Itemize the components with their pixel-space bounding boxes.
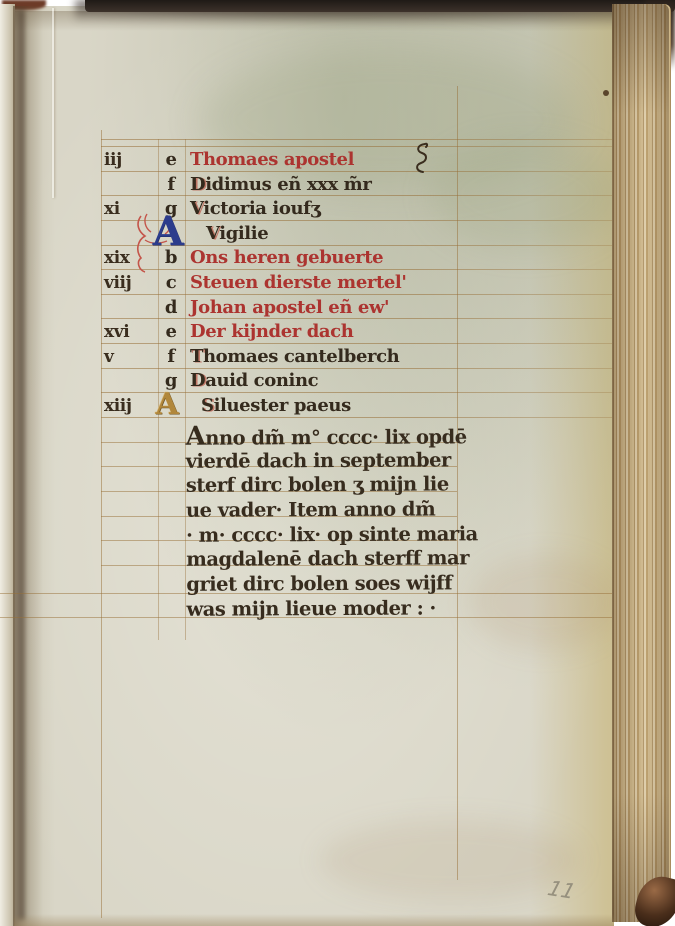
wormhole — [603, 90, 609, 96]
note-line: vierdē dach in september — [186, 448, 486, 474]
dominical-letter: e — [156, 148, 186, 172]
dominical-letter: f — [156, 345, 186, 369]
calendar-row: iij e Thomaes apostel — [0, 148, 620, 173]
manuscript-book-photo: iij e Thomaes apostel f Didimus eñ xxx m… — [0, 0, 675, 926]
feast-entry: Thomaes apostel — [190, 148, 480, 172]
calendar-row: g Dauid coninc — [0, 369, 620, 394]
calendar-row: f Didimus eñ xxx m̃r — [0, 173, 620, 198]
stain — [470, 555, 620, 650]
note-line: Anno dm̃ m° cccc· lix opdē — [185, 423, 485, 449]
note-line: sterf dirc bolen ʒ mijn lie — [186, 473, 486, 499]
feast-entry: Johan apostel eñ ew' — [190, 296, 480, 320]
calendar-row: xiij A Siluester paeus — [0, 394, 620, 419]
feast-entry: Der kijnder dach — [190, 320, 480, 344]
calendar-row: v f Thomaes cantelberch — [0, 345, 620, 370]
dominical-letter: f — [156, 173, 186, 197]
gold-initial-letter: A — [139, 389, 195, 421]
gutter-sewing-streak — [18, 10, 25, 920]
note-line: · m· cccc· lix· op sinte maria — [186, 522, 486, 548]
golden-numeral: v — [104, 345, 156, 369]
line-filler-flourish-icon — [412, 141, 430, 175]
top-binding-edge — [85, 0, 675, 12]
stain — [320, 820, 580, 900]
feast-entry: Steuen dierste mertel' — [190, 271, 480, 295]
note-line: was mijn lieue moder : · — [186, 596, 486, 622]
golden-numeral: iij — [104, 148, 156, 172]
dominical-letter: d — [156, 296, 186, 320]
golden-numeral: xvi — [104, 320, 156, 344]
ruling-line — [101, 146, 612, 147]
dominical-letter: e — [156, 320, 186, 344]
calendar-row: A Vigilie — [0, 222, 620, 247]
feast-entry: Siluester paeus — [201, 394, 491, 418]
calendar-row: xix b Ons heren gebuerte — [0, 246, 620, 271]
bottom-page-shadow — [14, 914, 614, 926]
ruling-line — [101, 139, 612, 140]
memorial-note: Anno dm̃ m° cccc· lix opdē vierdē dach i… — [185, 423, 486, 622]
note-line: magdalenē dach sterff mar — [186, 547, 486, 573]
feast-entry: Vigilie — [206, 222, 496, 246]
calendar-row: viij c Steuen dierste mertel' — [0, 271, 620, 296]
feast-entry: Ons heren gebuerte — [190, 246, 480, 270]
feast-entry: Dauid coninc — [190, 369, 480, 393]
note-line: griet dirc bolen soes wijff — [186, 571, 486, 597]
blue-initial-letter: A — [142, 211, 194, 253]
calendar-row: xi g Victoria ioufʒ — [0, 197, 620, 222]
feast-entry: Victoria ioufʒ — [190, 197, 480, 221]
note-line: ue vader· Item anno dm̃ — [186, 497, 486, 523]
page-edge-shading — [612, 4, 669, 922]
calendar-row: xvi e Der kijnder dach — [0, 320, 620, 345]
feast-entry: Didimus eñ xxx m̃r — [190, 173, 480, 197]
calendar-row: d Johan apostel eñ ew' — [0, 296, 620, 321]
feast-entry: Thomaes cantelberch — [190, 345, 480, 369]
